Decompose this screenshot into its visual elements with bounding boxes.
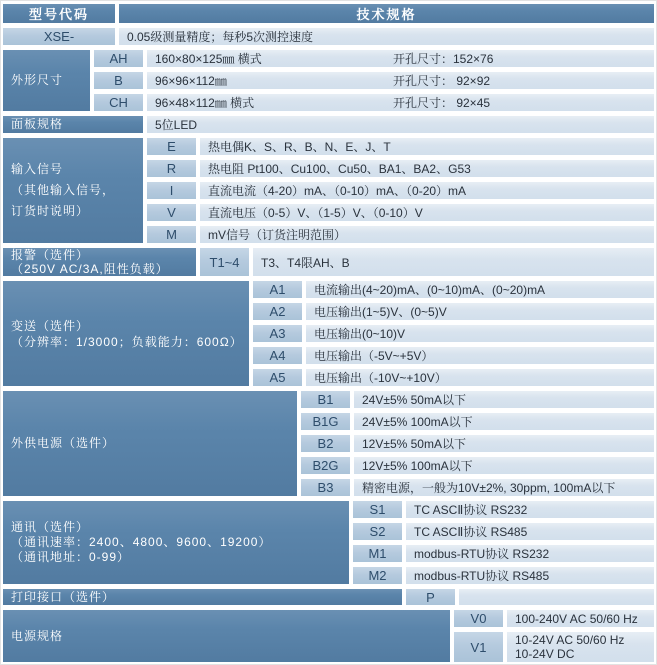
table-row: R 热电阻 Pt100、Cu100、Cu50、BA1、BA2、G53 — [147, 160, 654, 177]
code-cell: R — [147, 160, 196, 177]
power-spec-line: 10-24V AC 50/60 Hz — [515, 633, 624, 647]
label-text: 外供电源（选件） — [11, 436, 115, 451]
spec-cell: 直流电压（0-5）V、（1-5）V、（0-10）V — [200, 204, 654, 221]
table-row: S1 TC ASCⅡ协议 RS232 — [353, 501, 654, 518]
section-label-panel: 面板规格 — [3, 116, 143, 133]
label-text: 订货时说明） — [11, 201, 115, 222]
section-label-ext-power: 外供电源（选件） — [3, 391, 297, 496]
label-text: 面板规格 — [11, 117, 63, 132]
code-cell: AH — [94, 50, 143, 67]
power-rows: V0 100-240V AC 50/60 Hz V1 10-24V AC 50/… — [454, 610, 654, 662]
code-cell: A1 — [253, 281, 302, 298]
label-text: 报警（选件） — [11, 248, 169, 262]
code-cell: B — [94, 72, 143, 89]
model-prefix-spec: 0.05级测量精度；每秒5次测控速度 — [119, 28, 654, 45]
label-text: （250V AC/3A,阻性负载） — [11, 262, 169, 276]
table-row: B3 精密电源，一般为10V±2%, 30ppm, 100mA以下 — [301, 479, 654, 496]
spec-cell: 5位LED — [147, 116, 654, 133]
spec-cell: 10-24V AC 50/60 Hz 10-24V DC — [507, 632, 654, 662]
table-row: V1 10-24V AC 50/60 Hz 10-24V DC — [454, 632, 654, 662]
code-cell: A5 — [253, 369, 302, 386]
spec-cell: 电压输出（-10V~+10V） — [306, 369, 654, 386]
section-input-signal: 输入信号 （其他输入信号， 订货时说明） E 热电偶K、S、R、B、N、E、J、… — [3, 138, 654, 243]
code-cell: S1 — [353, 501, 402, 518]
code-cell: A4 — [253, 347, 302, 364]
table-row: I 直流电流（4-20）mA、（0-10）mA、（0-20）mA — [147, 182, 654, 199]
spec-cell: 电流输出(4~20)mA、(0~10)mA、(0~20)mA — [306, 281, 654, 298]
model-prefix-code: XSE- — [3, 28, 115, 45]
label-text: （通讯地址：0-99） — [11, 550, 271, 565]
section-power: 电源规格 V0 100-240V AC 50/60 Hz V1 10-24V A… — [3, 610, 654, 662]
label-text: 外形尺寸 — [11, 73, 63, 88]
header-model-code: 型号代码 — [3, 4, 115, 23]
label-text: 通讯（选件） — [11, 520, 271, 535]
table-row: M1 modbus-RTU协议 RS232 — [353, 545, 654, 562]
section-dimensions: 外形尺寸 AH 160×80×125㎜ 横式 开孔尺寸：152×76 B 96×… — [3, 50, 654, 111]
table-row: B1G 24V±5% 100mA以下 — [301, 413, 654, 430]
model-prefix-row: XSE- 0.05级测量精度；每秒5次测控速度 — [3, 28, 654, 45]
code-cell: M — [147, 226, 196, 243]
table-row: M mV信号（订货注明范围） — [147, 226, 654, 243]
spec-cell: 电压输出（-5V~+5V） — [306, 347, 654, 364]
dimension-text: 160×80×125㎜ 横式 — [155, 50, 393, 67]
code-cell: A3 — [253, 325, 302, 342]
code-cell: M1 — [353, 545, 402, 562]
table-row: E 热电偶K、S、R、B、N、E、J、T — [147, 138, 654, 155]
section-label-alarm: 报警（选件） （250V AC/3A,阻性负载） — [3, 248, 196, 276]
table-row: S2 TC ASCⅡ协议 RS485 — [353, 523, 654, 540]
spec-cell: 100-240V AC 50/60 Hz — [507, 610, 654, 627]
hole-size-text: 开孔尺寸：152×76 — [393, 50, 646, 67]
spec-cell: 电压输出(0~10)V — [306, 325, 654, 342]
spec-cell: 直流电流（4-20）mA、（0-10）mA、（0-20）mA — [200, 182, 654, 199]
dimension-text: 96×48×112㎜ 横式 — [155, 94, 393, 111]
table-row: A5 电压输出（-10V~+10V） — [253, 369, 654, 386]
spec-cell: 12V±5% 100mA以下 — [354, 457, 654, 474]
spec-cell: modbus-RTU协议 RS485 — [406, 567, 654, 584]
table-row: T1~4 T3、T4限AH、B — [200, 248, 654, 276]
code-cell: B1 — [301, 391, 350, 408]
code-cell: B3 — [301, 479, 350, 496]
comm-rows: S1 TC ASCⅡ协议 RS232 S2 TC ASCⅡ协议 RS485 M1… — [353, 501, 654, 584]
spec-cell: TC ASCⅡ协议 RS232 — [406, 501, 654, 518]
label-text: 电源规格 — [11, 629, 63, 644]
table-row: V0 100-240V AC 50/60 Hz — [454, 610, 654, 627]
table-row: A1 电流输出(4~20)mA、(0~10)mA、(0~20)mA — [253, 281, 654, 298]
section-label-power: 电源规格 — [3, 610, 450, 662]
section-transmit: 变送（选件） （分辨率：1/3000；负载能力：600Ω） A1 电流输出(4~… — [3, 281, 654, 386]
section-ext-power: 外供电源（选件） B1 24V±5% 50mA以下 B1G 24V±5% 100… — [3, 391, 654, 496]
code-cell: E — [147, 138, 196, 155]
table-row: B2 12V±5% 50mA以下 — [301, 435, 654, 452]
spec-cell: 热电阻 Pt100、Cu100、Cu50、BA1、BA2、G53 — [200, 160, 654, 177]
section-label-comm: 通讯（选件） （通讯速率：2400、4800、9600、19200） （通讯地址… — [3, 501, 349, 584]
table-row: CH 96×48×112㎜ 横式 开孔尺寸： 92×45 — [94, 94, 654, 111]
power-spec-line: 10-24V DC — [515, 647, 624, 661]
input-signal-rows: E 热电偶K、S、R、B、N、E、J、T R 热电阻 Pt100、Cu100、C… — [147, 138, 654, 243]
code-cell: B2 — [301, 435, 350, 452]
spec-cell: 24V±5% 100mA以下 — [354, 413, 654, 430]
spec-cell: modbus-RTU协议 RS232 — [406, 545, 654, 562]
hole-size-text: 开孔尺寸： 92×45 — [393, 94, 646, 111]
label-text: （通讯速率：2400、4800、9600、19200） — [11, 535, 271, 550]
section-label-transmit: 变送（选件） （分辨率：1/3000；负载能力：600Ω） — [3, 281, 249, 386]
spec-cell: 12V±5% 50mA以下 — [354, 435, 654, 452]
section-comm: 通讯（选件） （通讯速率：2400、4800、9600、19200） （通讯地址… — [3, 501, 654, 584]
section-alarm: 报警（选件） （250V AC/3A,阻性负载） T1~4 T3、T4限AH、B — [3, 248, 654, 276]
dimension-text: 96×96×112㎜ — [155, 72, 393, 89]
spec-table: 型号代码 技术规格 XSE- 0.05级测量精度；每秒5次测控速度 外形尺寸 A… — [0, 0, 657, 665]
spec-cell: 24V±5% 50mA以下 — [354, 391, 654, 408]
code-cell: I — [147, 182, 196, 199]
label-text: （其他输入信号， — [11, 180, 115, 201]
code-cell: P — [406, 589, 455, 605]
table-row: A2 电压输出(1~5)V、(0~5)V — [253, 303, 654, 320]
table-row: AH 160×80×125㎜ 横式 开孔尺寸：152×76 — [94, 50, 654, 67]
spec-cell: mV信号（订货注明范围） — [200, 226, 654, 243]
table-row: V 直流电压（0-5）V、（1-5）V、（0-10）V — [147, 204, 654, 221]
spec-cell: 96×96×112㎜ 开孔尺寸： 92×92 — [147, 72, 654, 89]
table-row: A3 电压输出(0~10)V — [253, 325, 654, 342]
table-row: B 96×96×112㎜ 开孔尺寸： 92×92 — [94, 72, 654, 89]
ext-power-rows: B1 24V±5% 50mA以下 B1G 24V±5% 100mA以下 B2 1… — [301, 391, 654, 496]
label-text: 打印接口（选件） — [11, 590, 115, 605]
code-cell: V — [147, 204, 196, 221]
code-cell: V1 — [454, 632, 503, 662]
section-print-port: 打印接口（选件） P — [3, 589, 654, 605]
section-label-dimensions: 外形尺寸 — [3, 50, 90, 111]
label-text: 输入信号 — [11, 159, 115, 180]
header-tech-spec: 技术规格 — [119, 4, 654, 23]
dimension-rows: AH 160×80×125㎜ 横式 开孔尺寸：152×76 B 96×96×11… — [94, 50, 654, 111]
spec-cell: TC ASCⅡ协议 RS485 — [406, 523, 654, 540]
code-cell: B2G — [301, 457, 350, 474]
spec-cell: 160×80×125㎜ 横式 开孔尺寸：152×76 — [147, 50, 654, 67]
hole-size-text: 开孔尺寸： 92×92 — [393, 72, 646, 89]
label-text: （分辨率：1/3000；负载能力：600Ω） — [11, 334, 243, 350]
code-cell: CH — [94, 94, 143, 111]
label-text: 变送（选件） — [11, 318, 243, 334]
table-row: A4 电压输出（-5V~+5V） — [253, 347, 654, 364]
spec-cell-empty — [459, 589, 654, 605]
section-label-print-port: 打印接口（选件） — [3, 589, 402, 605]
alarm-rows: T1~4 T3、T4限AH、B — [200, 248, 654, 276]
spec-cell: T3、T4限AH、B — [253, 248, 654, 276]
code-cell: M2 — [353, 567, 402, 584]
code-cell: V0 — [454, 610, 503, 627]
section-panel: 面板规格 5位LED — [3, 116, 654, 133]
spec-cell: 精密电源，一般为10V±2%, 30ppm, 100mA以下 — [354, 479, 654, 496]
table-row: M2 modbus-RTU协议 RS485 — [353, 567, 654, 584]
spec-cell: 热电偶K、S、R、B、N、E、J、T — [200, 138, 654, 155]
code-cell: A2 — [253, 303, 302, 320]
code-cell: S2 — [353, 523, 402, 540]
header-row: 型号代码 技术规格 — [3, 4, 654, 23]
code-cell: B1G — [301, 413, 350, 430]
table-row: B2G 12V±5% 100mA以下 — [301, 457, 654, 474]
table-row: B1 24V±5% 50mA以下 — [301, 391, 654, 408]
spec-cell: 96×48×112㎜ 横式 开孔尺寸： 92×45 — [147, 94, 654, 111]
section-label-input-signal: 输入信号 （其他输入信号， 订货时说明） — [3, 138, 143, 243]
spec-cell: 电压输出(1~5)V、(0~5)V — [306, 303, 654, 320]
code-cell: T1~4 — [200, 248, 249, 276]
transmit-rows: A1 电流输出(4~20)mA、(0~10)mA、(0~20)mA A2 电压输… — [253, 281, 654, 386]
